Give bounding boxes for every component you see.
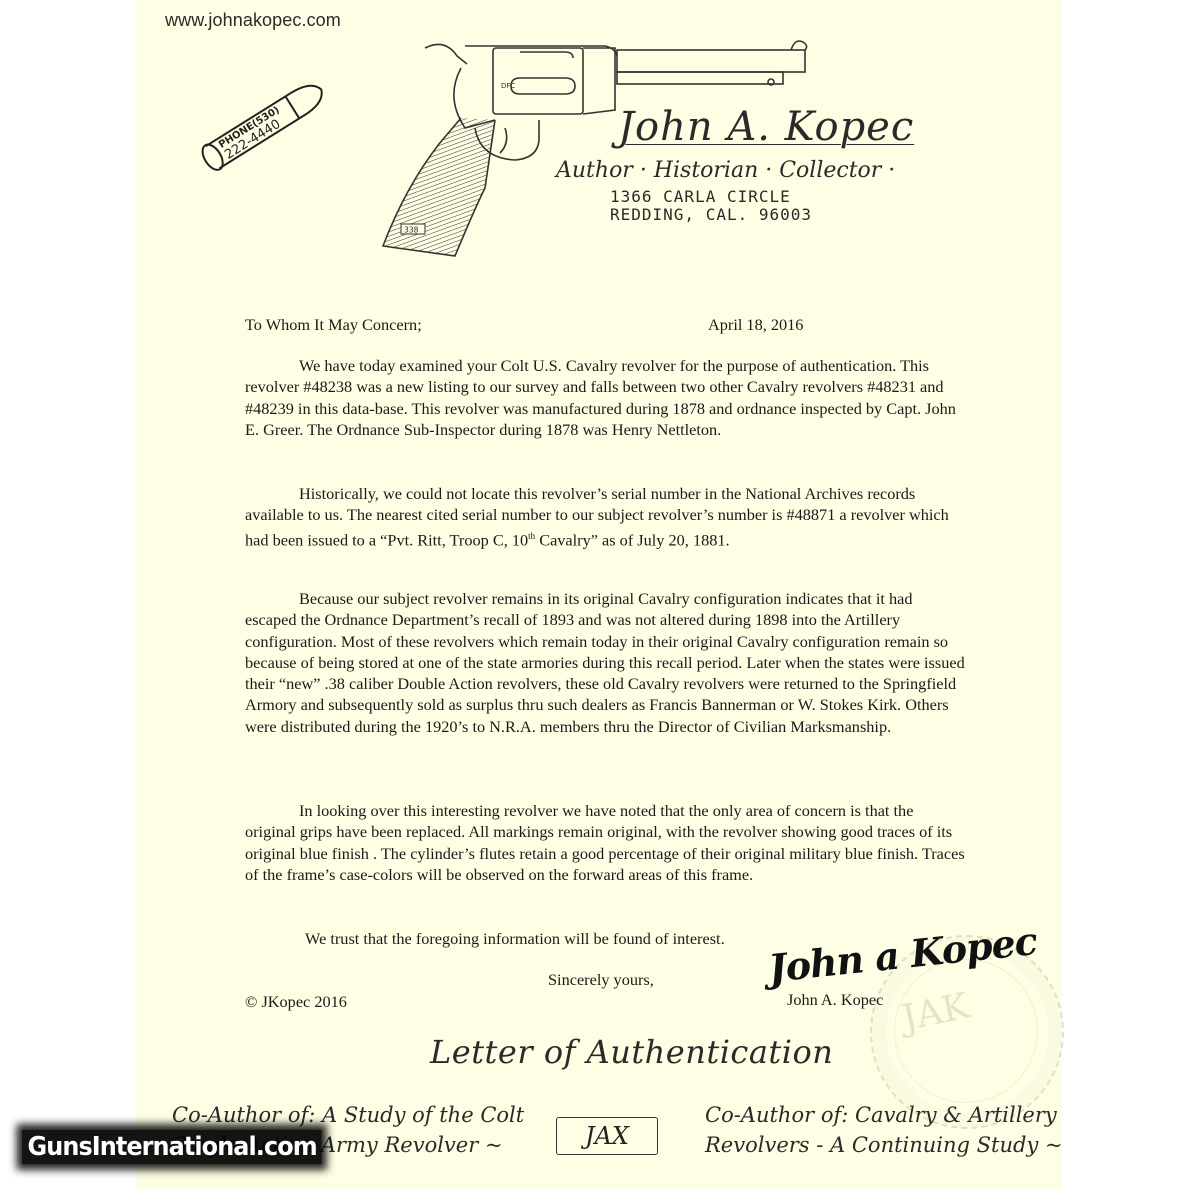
- paragraph-4: In looking over this interesting revolve…: [245, 800, 965, 885]
- coauthor-credit-right: Co-Author of: Cavalry & Artillery Revolv…: [705, 1100, 1063, 1160]
- coauthor-right-line-2: Revolvers - A Continuing Study ~: [705, 1130, 1063, 1160]
- coauthor-right-line-1: Co-Author of: Cavalry & Artillery: [705, 1100, 1063, 1130]
- cartridge-phone-icon: PHONE(530) 222-4440: [186, 82, 336, 172]
- signer-name: John A. Kopec: [787, 989, 883, 1010]
- paragraph-3: Because our subject revolver remains in …: [245, 588, 965, 737]
- salutation: To Whom It May Concern;: [245, 314, 422, 335]
- paragraph-2: Historically, we could not locate this r…: [245, 483, 965, 550]
- website-url: www.johnakopec.com: [165, 10, 341, 31]
- initials-stamp: JAX: [556, 1117, 658, 1155]
- paragraph-1: We have today examined your Colt U.S. Ca…: [245, 355, 965, 440]
- valediction: Sincerely yours,: [548, 969, 654, 990]
- svg-text:338: 338: [404, 226, 419, 235]
- svg-text:DFC: DFC: [501, 82, 515, 90]
- letterhead-subtitle: Author · Historian · Collector ·: [556, 158, 895, 183]
- site-watermark: GunsInternational.com: [22, 1130, 322, 1164]
- coauthor-left-line-1: Co-Author of: A Study of the Colt: [172, 1100, 524, 1130]
- document-title: Letter of Authentication: [430, 1033, 833, 1071]
- address-line-1: 1366 CARLA CIRCLE: [610, 188, 812, 206]
- address-line-2: REDDING, CAL. 96003: [610, 206, 812, 224]
- letterhead-name: John A. Kopec: [618, 104, 914, 150]
- copyright-notice: © JKopec 2016: [245, 991, 347, 1012]
- letter-date: April 18, 2016: [708, 314, 803, 335]
- letterhead-address: 1366 CARLA CIRCLE REDDING, CAL. 96003: [610, 188, 812, 224]
- closing-line: We trust that the foregoing information …: [305, 928, 725, 949]
